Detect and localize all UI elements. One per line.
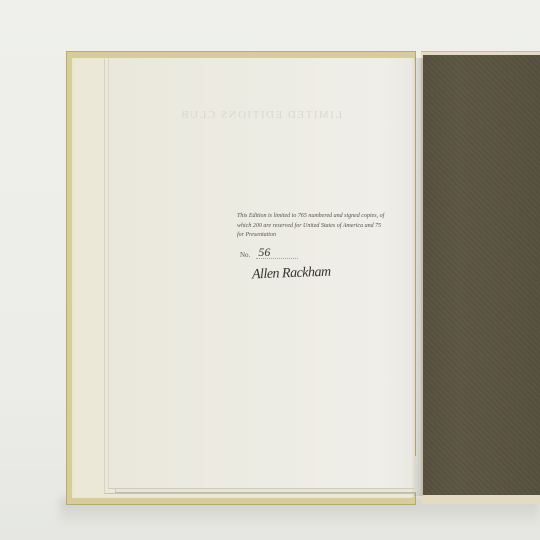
number-label: No. bbox=[240, 251, 250, 259]
signature: Allen Rackham bbox=[252, 265, 331, 284]
gutter-shadow bbox=[411, 58, 423, 496]
copy-number: 56 bbox=[256, 246, 298, 259]
limitation-statement: This Edition is limited to 765 numbered … bbox=[237, 212, 387, 241]
copy-number-row: No. 56 bbox=[240, 245, 298, 259]
showthrough-text: LIMITED EDITIONS CLUB bbox=[136, 109, 386, 121]
back-endpaper bbox=[423, 55, 540, 495]
